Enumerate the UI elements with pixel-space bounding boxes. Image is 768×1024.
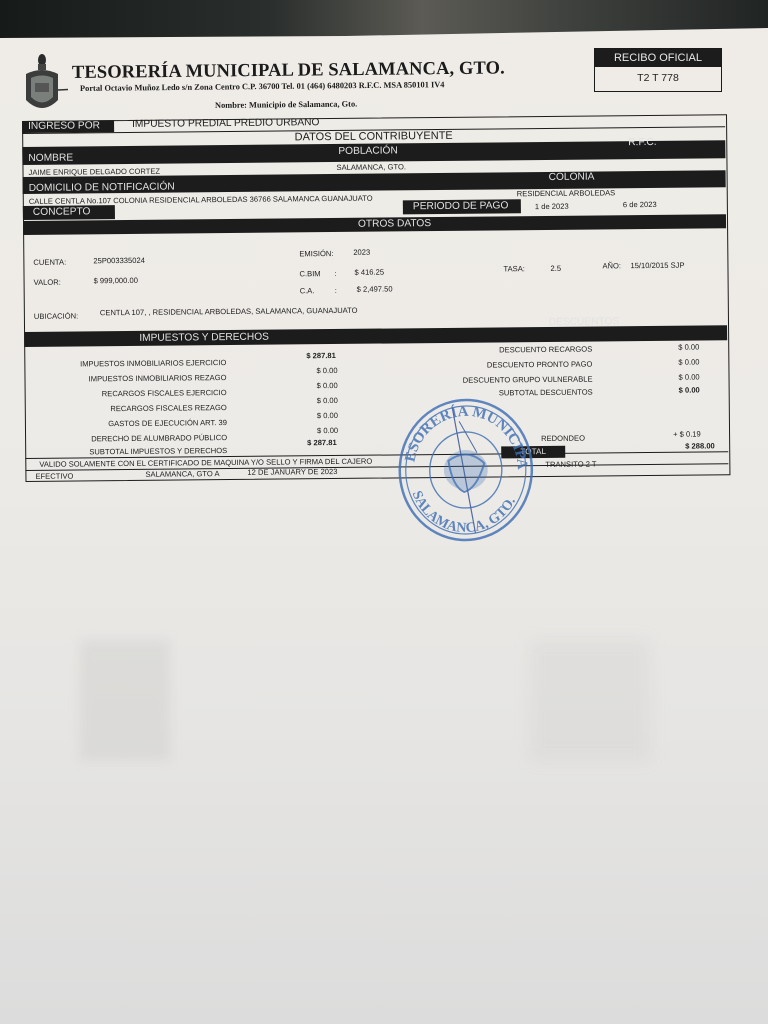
descuento-item-label: DESCUENTO PRONTO PAGO — [432, 360, 592, 371]
valor-label: VALOR: — [34, 278, 61, 287]
cbim-label: C.BIM — [299, 269, 320, 278]
impuesto-item-label: RECARGOS FISCALES REZAGO — [39, 403, 227, 414]
periodo-label: PERIODO DE PAGO — [413, 200, 509, 212]
poblacion-label: POBLACIÓN — [338, 145, 398, 157]
svg-text:SALAMANCA, GTO.: SALAMANCA, GTO. — [406, 488, 519, 540]
impuesto-item-label: RECARGOS FISCALES EJERCICIO — [39, 388, 227, 399]
anio-label: AÑO: — [602, 261, 621, 270]
municipal-coat-of-arms-icon — [18, 52, 68, 122]
forma-pago: EFECTIVO — [35, 472, 73, 481]
tasa-value: 2.5 — [550, 264, 561, 273]
impuesto-item-label: DERECHO DE ALUMBRADO PÚBLICO — [39, 433, 227, 444]
descuento-item-amount: $ 0.00 — [678, 358, 699, 367]
cuenta-label: CUENTA: — [33, 258, 66, 267]
impuesto-item-amount: $ 287.81 — [306, 351, 336, 360]
impuesto-item-amount: $ 0.00 — [317, 411, 338, 420]
municipality-name: Nombre: Municipio de Salamanca, Gto. — [215, 100, 357, 110]
redondeo-label: REDONDEO — [541, 434, 585, 443]
cbim-value: $ 416.25 — [354, 268, 384, 277]
impuesto-item-amount: $ 0.00 — [317, 426, 338, 435]
emision-label: EMISIÓN: — [299, 249, 333, 258]
impuestos-subtotal-amount: $ 287.81 — [307, 438, 337, 447]
colonia-label: COLONIA — [549, 172, 595, 183]
ingreso-label: INGRESO POR — [28, 120, 100, 132]
descuentos-subtotal-amount: $ 0.00 — [679, 386, 700, 395]
anio-value: 15/10/2015 SJP — [630, 261, 684, 271]
official-seal-stamp-icon: TESORERÍA MUNICIPAL SALAMANCA, GTO. — [391, 387, 541, 546]
ca-label: C.A. — [300, 286, 315, 295]
lugar: SALAMANCA, GTO A — [145, 469, 219, 479]
descuento-item-amount: $ 0.00 — [678, 373, 699, 382]
descuentos-title: DESCUENTOS — [464, 315, 704, 328]
descuento-item-label: DESCUENTO RECARGOS — [432, 345, 592, 356]
descuento-item-label: DESCUENTO GRUPO VULNERABLE — [432, 375, 592, 386]
rfc-label: R.F.C. — [628, 137, 656, 148]
impuesto-item-amount: $ 0.00 — [316, 366, 337, 375]
valor-value: $ 999,000.00 — [94, 276, 138, 285]
emision-value: 2023 — [353, 248, 370, 257]
impuesto-item-label: IMPUESTOS INMOBILIARIOS REZAGO — [38, 373, 226, 384]
total-amount: $ 288.00 — [685, 441, 715, 450]
receipt-number: T2 T 778 — [595, 67, 721, 89]
redondeo-amount: + $ 0.19 — [673, 429, 701, 438]
receipt-label: RECIBO OFICIAL — [595, 49, 721, 67]
descuento-item-amount: $ 0.00 — [678, 343, 699, 352]
concepto-label: CONCEPTO — [33, 206, 91, 218]
impuesto-item-amount: $ 0.00 — [317, 381, 338, 390]
periodo-desde: 1 de 2023 — [535, 202, 569, 211]
ca-value: $ 2,497.50 — [357, 284, 393, 293]
poblacion-value: SALAMANCA, GTO. — [336, 162, 406, 172]
receipt-number-box: RECIBO OFICIAL T2 T 778 — [594, 48, 722, 92]
colonia-value: RESIDENCIAL ARBOLEDAS — [517, 188, 616, 198]
tasa-label: TASA: — [503, 264, 524, 273]
impuesto-item-label: IMPUESTOS INMOBILIARIOS EJERCICIO — [38, 358, 226, 369]
domicilio-label: DOMICILIO DE NOTIFICACIÓN — [29, 182, 175, 194]
nombre-label: NOMBRE — [28, 153, 73, 164]
periodo-hasta: 6 de 2023 — [623, 200, 657, 209]
ubicacion-label: UBICACIÓN: — [34, 311, 78, 320]
fecha: 12 DE JANUARY DE 2023 — [247, 467, 337, 477]
ca-sep: : — [335, 286, 337, 295]
impuesto-item-label: GASTOS DE EJECUCIÓN ART. 39 — [39, 418, 227, 429]
receipt-form: INGRESO POR IMPUESTO PREDIAL PREDIO URBA… — [22, 111, 732, 492]
impuesto-item-amount: $ 0.00 — [317, 396, 338, 405]
impuestos-subtotal-label: SUBTOTAL IMPUESTOS Y DERECHOS — [39, 446, 227, 457]
cuenta-value: 25P003335024 — [93, 256, 145, 265]
receipt-document: TESORERÍA MUNICIPAL DE SALAMANCA, GTO. P… — [0, 0, 768, 1024]
ingreso-value: IMPUESTO PREDIAL PREDIO URBANO — [132, 117, 319, 130]
transito: TRANSITO 2 T — [545, 460, 596, 469]
cbim-sep: : — [334, 269, 336, 278]
